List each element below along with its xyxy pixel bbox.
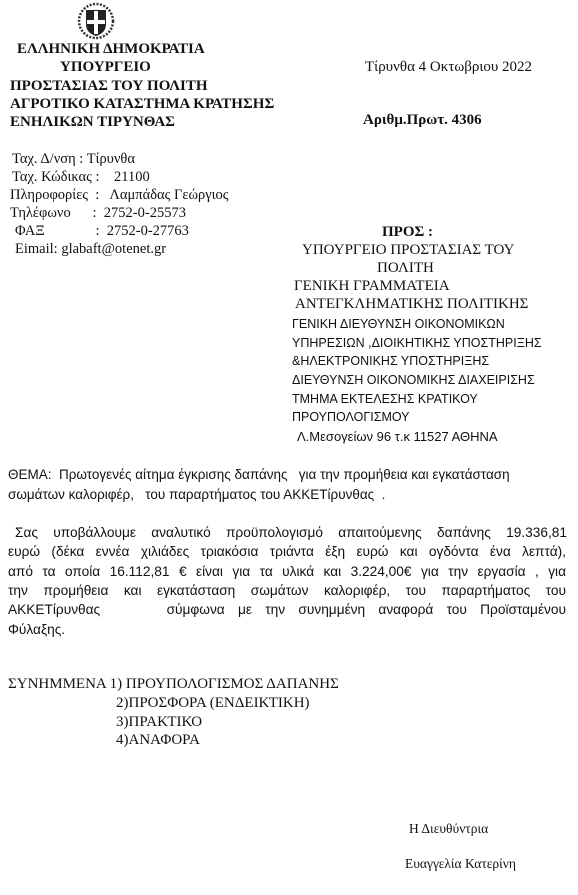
attachment-item: 1) ΠΡΟΥΠΟΛΟΓΙΣΜΟΣ ΔΑΠΑΝΗΣ [110, 676, 339, 692]
contact-value: Τίρυνθα [87, 151, 135, 167]
recipient-line: ΓΕΝΙΚΗ ΓΡΑΜΜΑΤΕΙΑ [294, 277, 450, 295]
contact-label: Ταχ. Δ/νση [12, 151, 76, 167]
body-line: ΑΚΚΕΤίρυνθας σύμφωνα με την συνημμένη αν… [8, 600, 566, 620]
protocol-number: Αριθμ.Πρωτ. 4306 [363, 112, 482, 129]
body-line: την προμήθεια και εγκατάσταση σωμάτων κα… [8, 581, 566, 601]
header-ministry-name: ΠΡΟΣΤΑΣΙΑΣ ΤΟΥ ΠΟΛΙΤΗ [10, 77, 208, 95]
header-institution: ΑΓΡΟΤΙΚΟ ΚΑΤΑΣΤΗΜΑ ΚΡΑΤΗΣΗΣ [10, 95, 274, 113]
contact-value: Λαμπάδας Γεώργιος [109, 187, 228, 203]
recipient-line: ΥΠΗΡΕΣΙΩΝ ,ΔΙΟΙΚΗΤΙΚΗΣ ΥΠΟΣΤΗΡΙΞΗΣ [292, 334, 542, 353]
header-ministry: ΥΠΟΥΡΓΕΙΟ [60, 58, 151, 76]
contact-label: Τηλέφωνο [10, 205, 71, 221]
contact-postal-code: Ταχ. Κώδικας : 21100 [12, 168, 150, 187]
contact-label: Πληροφορίες [10, 187, 88, 203]
document-date: Τίρυνθα 4 Οκτωβριου 2022 [365, 59, 532, 76]
contact-label: ΦΑΞ [15, 223, 45, 239]
contact-value: 2752-0-27763 [107, 223, 189, 239]
recipient-line: ΠΟΛΙΤΗ [377, 259, 434, 277]
contact-label: Eimail: [15, 241, 58, 257]
recipient-line: ΠΡΟΥΠΟΛΟΓΙΣΜΟΥ [292, 408, 410, 427]
contact-phone: Τηλέφωνο : 2752-0-25573 [10, 204, 186, 223]
body-line: Σας υποβάλλουμε αναλυτικό προϋπολογισμό … [15, 523, 567, 543]
attachment-item: 3)ΠΡΑΚΤΙΚΟ [116, 713, 202, 732]
contact-value: 21100 [114, 169, 150, 185]
attachment-item: 4)ΑΝΑΦΟΡΑ [116, 731, 200, 750]
contact-info-person: Πληροφορίες : Λαμπάδας Γεώργιος [10, 186, 229, 205]
recipient-heading: ΠΡΟΣ : [382, 223, 433, 241]
contact-email-link[interactable]: glabaft@otenet.gr [61, 241, 166, 257]
contact-email: Eimail: glabaft@otenet.gr [15, 240, 166, 259]
contact-label: Ταχ. Κώδικας [12, 169, 92, 185]
signature-name: Ευαγγελία Κατερίνη [405, 856, 516, 872]
signature-title: Η Διευθύντρια [409, 821, 488, 837]
recipient-line: ΓΕΝΙΚΗ ΔΙΕΥΘΥΝΣΗ ΟΙΚΟΝΟΜΙΚΩΝ [292, 315, 505, 334]
recipient-line: ΑΝΤΕΓΚΛΗΜΑΤΙΚΗΣ ΠΟΛΙΤΙΚΗΣ [295, 295, 528, 313]
body-line-last: Φύλαξης. [8, 620, 566, 640]
body-line: ευρώ (δέκα εννέα χιλιάδες τριακόσια τριά… [8, 542, 566, 562]
header-institution-location: ΕΝΗΛΙΚΩΝ ΤΙΡΥΝΘΑΣ [10, 113, 175, 131]
recipient-address: Λ.Μεσογείων 96 τ.κ 11527 ΑΘΗΝΑ [297, 428, 498, 447]
contact-fax: ΦΑΞ : 2752-0-27763 [15, 222, 189, 241]
contact-address: Ταχ. Δ/νση : Τίρυνθα [12, 150, 135, 169]
recipient-line: ΤΜΗΜΑ ΕΚΤΕΛΕΣΗΣ ΚΡΑΤΙΚΟΥ [292, 390, 478, 409]
attachment-item: 2)ΠΡΟΣΦΟΡΑ (ΕΝΔΕΙΚΤΙΚΗ) [116, 694, 310, 713]
greek-coat-of-arms-icon [76, 2, 116, 40]
attachments-first: ΣΥΝΗΜΜΕΝΑ 1) ΠΡΟΥΠΟΛΟΓΙΣΜΟΣ ΔΑΠΑΝΗΣ [8, 675, 339, 694]
header-country: ΕΛΛΗΝΙΚΗ ΔΗΜΟΚΡΑΤΙΑ [17, 40, 205, 58]
subject-line-continued: σωμάτων καλοριφέρ, του παραρτήματος του … [8, 485, 385, 505]
subject-line: ΘΕΜΑ: Πρωτογενές αίτημα έγκρισης δαπάνης… [8, 465, 510, 485]
recipient-line: &ΗΛΕΚΤΡΟΝΙΚΗΣ ΥΠΟΣΤΗΡΙΞΗΣ [292, 352, 489, 371]
recipient-line: ΔΙΕΥΘΥΝΣΗ ΟΙΚΟΝΟΜΙΚΗΣ ΔΙΑΧΕΙΡΙΣΗΣ [292, 371, 535, 390]
contact-value: 2752-0-25573 [104, 205, 186, 221]
body-line: από τα οποία 16.112,81 € είναι για τα υλ… [8, 562, 566, 582]
recipient-line: ΥΠΟΥΡΓΕΙΟ ΠΡΟΣΤΑΣΙΑΣ ΤΟΥ [302, 241, 514, 259]
attachments-label: ΣΥΝΗΜΜΕΝΑ [8, 676, 106, 692]
